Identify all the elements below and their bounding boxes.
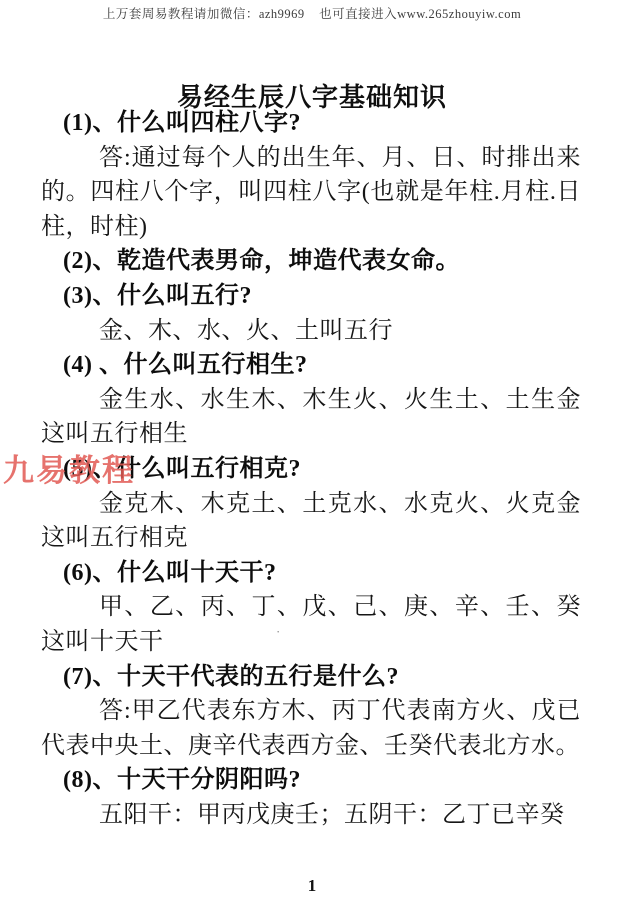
question-line: (2)、乾造代表男命，坤造代表女命。 bbox=[41, 244, 581, 279]
answer-paragraph: 答:通过每个人的出生年、月、日、时排出来的。四柱八个字，叫四柱八字(也就是年柱.… bbox=[41, 141, 581, 245]
answer-paragraph: 金生水、水生木、木生火、火生土、土生金这叫五行相生 bbox=[41, 383, 581, 452]
question-line: (6)、什么叫十天干? bbox=[41, 556, 581, 591]
document-page: 上万套周易教程请加微信：azh9969 也可直接进入www.265zhouyiw… bbox=[0, 0, 624, 920]
answer-paragraph: 甲、乙、丙、丁、戊、己、庚、辛、壬、癸这叫十天干 bbox=[41, 590, 581, 659]
page-number: 1 bbox=[0, 876, 624, 896]
promo-header-text: 上万套周易教程请加微信：azh9969 也可直接进入www.265zhouyiw… bbox=[0, 4, 624, 22]
answer-paragraph: 金、木、水、火、土叫五行 bbox=[41, 314, 581, 349]
answer-paragraph: 金克木、木克土、土克水、水克火、火克金这叫五行相克 bbox=[41, 487, 581, 556]
question-line: (3)、什么叫五行? bbox=[41, 279, 581, 314]
question-line: (1)、什么叫四柱八字? bbox=[41, 106, 581, 141]
question-line: (7)、十天干代表的五行是什么? bbox=[41, 660, 581, 695]
answer-paragraph: 五阳干：甲丙戊庚壬；五阴干：乙丁已辛癸 bbox=[41, 798, 581, 833]
scan-artifact-dot: · bbox=[276, 624, 280, 640]
answer-paragraph: 答:甲乙代表东方木、丙丁代表南方火、戊已代表中央土、庚辛代表西方金、壬癸代表北方… bbox=[41, 694, 581, 763]
question-line: (4) 、什么叫五行相生? bbox=[41, 348, 581, 383]
question-line: (8)、十天干分阴阳吗? bbox=[41, 763, 581, 798]
content: (1)、什么叫四柱八字?答:通过每个人的出生年、月、日、时排出来的。四柱八个字，… bbox=[41, 106, 581, 832]
question-line: (5)、什么叫五行相克? bbox=[41, 452, 581, 487]
